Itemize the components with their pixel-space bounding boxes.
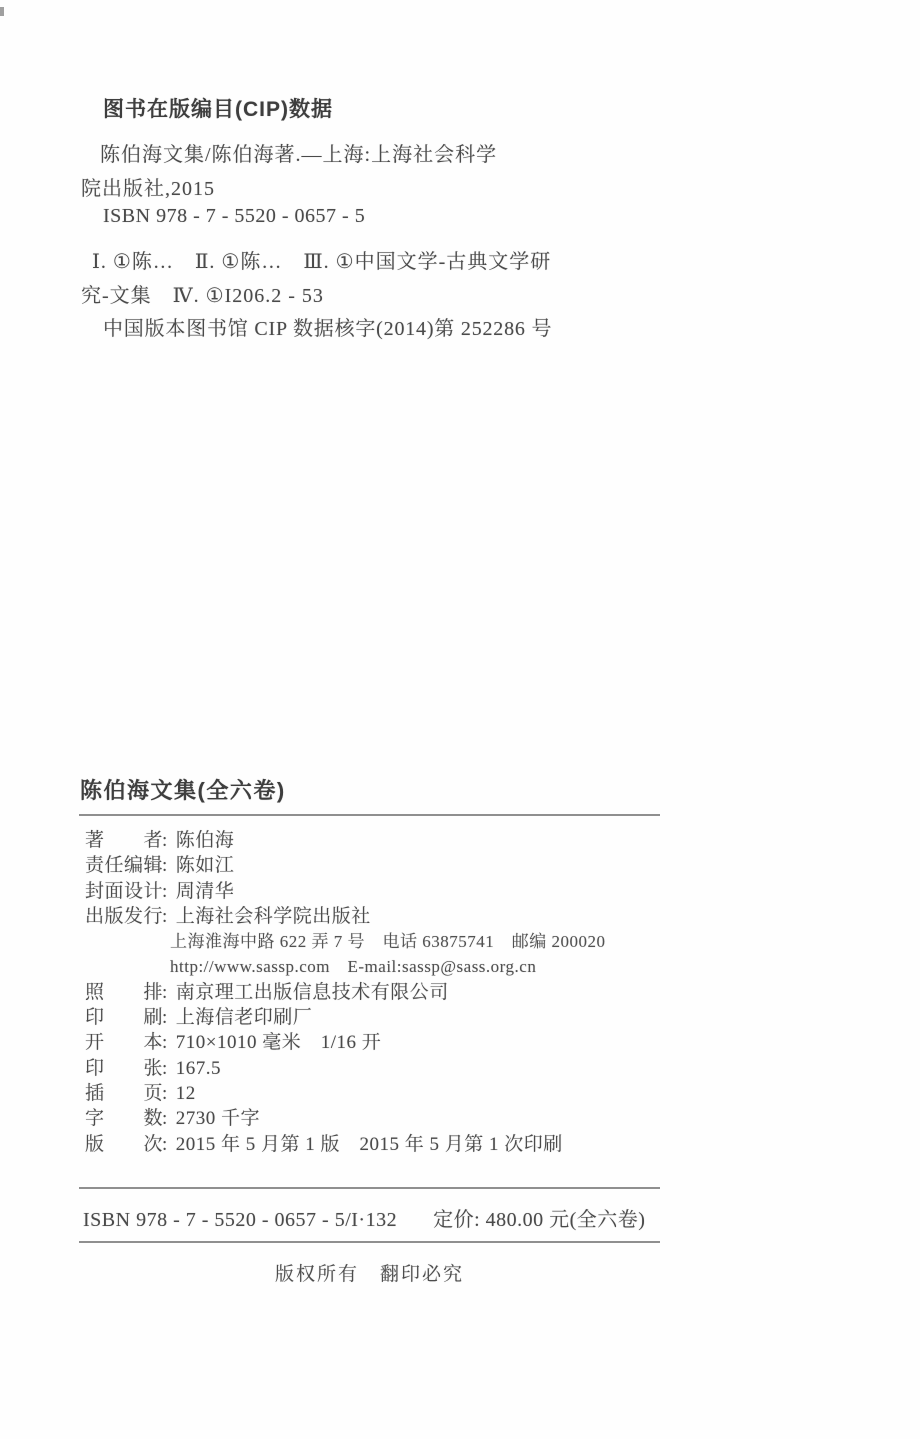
row-colon: : <box>162 853 168 878</box>
divider-top <box>79 814 660 816</box>
row-label: 出版发行 <box>85 904 162 929</box>
row-value: 2015 年 5 月第 1 版 2015 年 5 月第 1 次印刷 <box>176 1132 563 1157</box>
scan-artifact <box>0 7 4 16</box>
colophon-row: 开 本 : 710×1010 毫米 1/16 开 <box>85 1030 675 1055</box>
colophon-row: 照 排 : 南京理工出版信息技术有限公司 <box>85 980 675 1005</box>
row-colon: : <box>162 879 168 904</box>
copyright-notice: 版权所有 翻印必究 <box>79 1259 660 1286</box>
row-label: 照 排 <box>85 980 162 1005</box>
row-value: 陈伯海 <box>176 828 235 853</box>
cip-isbn: ISBN 978 - 7 - 5520 - 0657 - 5 <box>103 205 365 228</box>
row-value: 12 <box>176 1081 196 1106</box>
colophon-row: 印 刷 : 上海信老印刷厂 <box>85 1005 675 1030</box>
colophon-row: http://www.sassp.com E-mail:sassp@sass.o… <box>85 954 675 979</box>
row-label: 字 数 <box>85 1106 162 1131</box>
row-value: http://www.sassp.com E-mail:sassp@sass.o… <box>170 954 536 979</box>
divider-isbn-top <box>79 1187 660 1189</box>
isbn-price-line: ISBN 978 - 7 - 5520 - 0657 - 5/I·132定价: … <box>83 1203 663 1232</box>
row-label: 封面设计 <box>85 879 162 904</box>
divider-isbn-bottom <box>79 1241 660 1243</box>
row-value: 167.5 <box>176 1056 221 1081</box>
row-colon: : <box>162 980 168 1005</box>
cip-title-line-2: 院出版社,2015 <box>81 172 215 201</box>
row-value: 陈如江 <box>176 853 235 878</box>
price-label: 定价: 480.00 元(全六卷) <box>433 1209 645 1231</box>
row-value: 2730 千字 <box>176 1106 260 1131</box>
isbn-number: ISBN 978 - 7 - 5520 - 0657 - 5/I·132 <box>83 1209 397 1231</box>
row-label: 插 页 <box>85 1081 162 1106</box>
row-value: 710×1010 毫米 1/16 开 <box>176 1030 382 1055</box>
cip-classification-line-1: Ⅰ. ①陈… Ⅱ. ①陈… Ⅲ. ①中国文学-古典文学研 <box>92 245 551 274</box>
row-colon: : <box>162 1081 168 1106</box>
row-label: 印 刷 <box>85 1005 162 1030</box>
row-value: 上海淮海中路 622 弄 7 号 电话 63875741 邮编 200020 <box>170 929 606 954</box>
row-colon: : <box>162 904 168 929</box>
colophon-row: 印 张 : 167.5 <box>85 1056 675 1081</box>
cip-header: 图书在版编目(CIP)数据 <box>103 93 333 123</box>
row-value: 上海社会科学院出版社 <box>176 904 371 929</box>
row-label: 印 张 <box>85 1056 162 1081</box>
cip-record-number: 中国版本图书馆 CIP 数据核字(2014)第 252286 号 <box>103 312 552 341</box>
row-label: 责任编辑 <box>85 853 162 878</box>
colophon-row: 著 者 : 陈伯海 <box>85 828 675 853</box>
colophon-row: 封面设计 : 周清华 <box>85 879 675 904</box>
row-colon: : <box>162 1030 168 1055</box>
colophon-row: 字 数 : 2730 千字 <box>85 1106 675 1131</box>
row-colon: : <box>162 1056 168 1081</box>
row-colon: : <box>162 828 168 853</box>
row-label: 著 者 <box>85 828 162 853</box>
row-value: 上海信老印刷厂 <box>176 1005 313 1030</box>
book-copyright-page: 图书在版编目(CIP)数据 陈伯海文集/陈伯海著.—上海:上海社会科学 院出版社… <box>0 0 920 1439</box>
row-colon: : <box>162 1132 168 1157</box>
colophon-row: 责任编辑 : 陈如江 <box>85 853 675 878</box>
book-title: 陈伯海文集(全六卷) <box>80 774 286 805</box>
colophon-row: 插 页 : 12 <box>85 1081 675 1106</box>
row-colon: : <box>162 1005 168 1030</box>
row-value: 南京理工出版信息技术有限公司 <box>176 980 449 1005</box>
row-label: 开 本 <box>85 1030 162 1055</box>
cip-classification-line-2: 究-文集 Ⅳ. ①I206.2 - 53 <box>81 279 324 308</box>
colophon-row: 出版发行 : 上海社会科学院出版社 <box>85 904 675 929</box>
row-label: 版 次 <box>85 1132 162 1157</box>
colophon-row: 版 次 : 2015 年 5 月第 1 版 2015 年 5 月第 1 次印刷 <box>85 1132 675 1157</box>
colophon-row: 上海淮海中路 622 弄 7 号 电话 63875741 邮编 200020 <box>85 929 675 954</box>
row-value: 周清华 <box>176 879 235 904</box>
row-colon: : <box>162 1106 168 1131</box>
colophon-rows: 著 者 : 陈伯海 责任编辑 : 陈如江 封面设计 : 周清华 出版发行 : 上… <box>85 828 675 1157</box>
cip-title-line-1: 陈伯海文集/陈伯海著.—上海:上海社会科学 <box>100 138 497 167</box>
